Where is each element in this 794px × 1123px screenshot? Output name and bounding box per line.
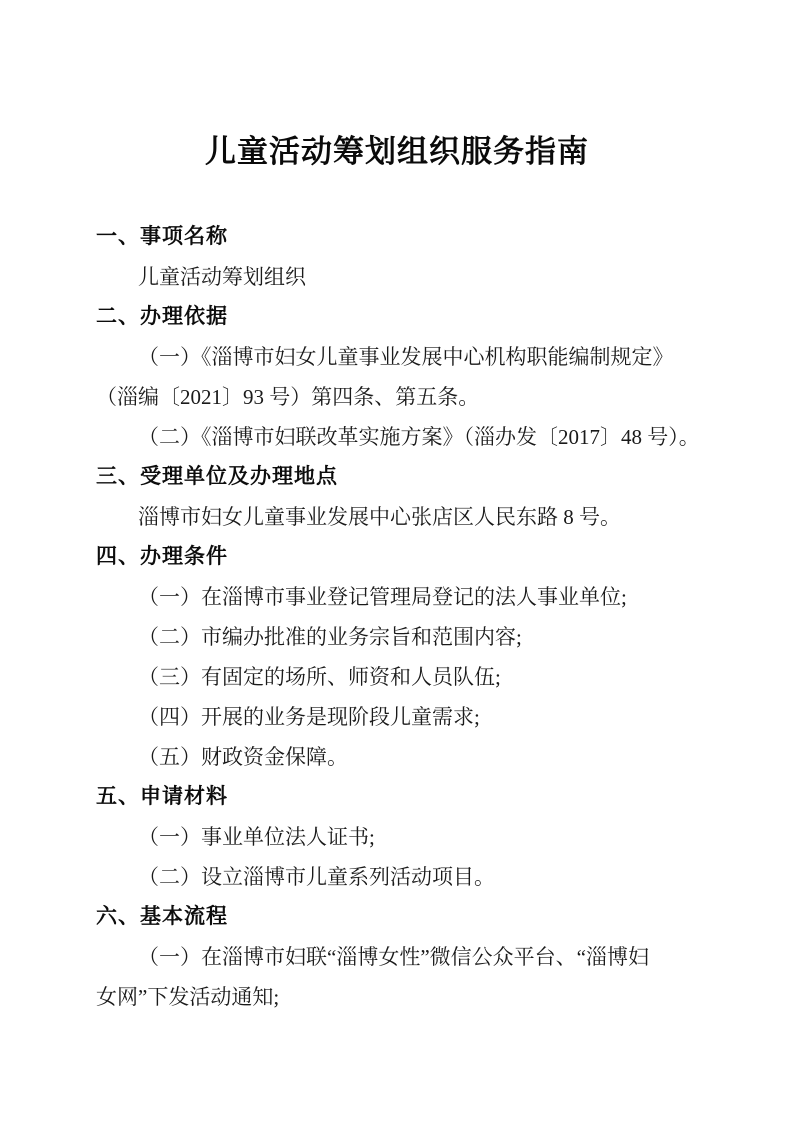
document-body: 一、事项名称 儿童活动筹划组织 二、办理依据 （一）《淄博市妇女儿童事业发展中心… <box>96 217 698 1017</box>
section-heading-5: 五、申请材料 <box>96 777 698 817</box>
paragraph-line: （二）市编办批准的业务宗旨和范围内容; <box>96 617 698 657</box>
paragraph-line: 女网”下发活动通知; <box>96 977 698 1017</box>
section-heading-1: 一、事项名称 <box>96 217 698 257</box>
document-title: 儿童活动筹划组织服务指南 <box>0 134 794 170</box>
paragraph-line: （五）财政资金保障。 <box>96 737 698 777</box>
document-page: 儿童活动筹划组织服务指南 一、事项名称 儿童活动筹划组织 二、办理依据 （一）《… <box>0 0 794 1123</box>
paragraph-line: （一）事业单位法人证书; <box>96 817 698 857</box>
paragraph-line: 淄博市妇女儿童事业发展中心张店区人民东路 8 号。 <box>96 497 698 537</box>
paragraph-line: （淄编〔2021〕93 号）第四条、第五条。 <box>96 377 698 417</box>
paragraph-line: （一）在淄博市事业登记管理局登记的法人事业单位; <box>96 577 698 617</box>
section-heading-2: 二、办理依据 <box>96 297 698 337</box>
paragraph-line: （三）有固定的场所、师资和人员队伍; <box>96 657 698 697</box>
section-heading-4: 四、办理条件 <box>96 537 698 577</box>
paragraph-line: （一）在淄博市妇联“淄博女性”微信公众平台、“淄博妇 <box>96 937 698 977</box>
paragraph-line: （一）《淄博市妇女儿童事业发展中心机构职能编制规定》 <box>96 337 698 377</box>
paragraph-line: （二）设立淄博市儿童系列活动项目。 <box>96 857 698 897</box>
section-heading-3: 三、受理单位及办理地点 <box>96 457 698 497</box>
paragraph-line: 儿童活动筹划组织 <box>96 257 698 297</box>
section-heading-6: 六、基本流程 <box>96 897 698 937</box>
paragraph-line: （四）开展的业务是现阶段儿童需求; <box>96 697 698 737</box>
paragraph-line: （二）《淄博市妇联改革实施方案》（淄办发〔2017〕48 号）。 <box>96 417 698 457</box>
